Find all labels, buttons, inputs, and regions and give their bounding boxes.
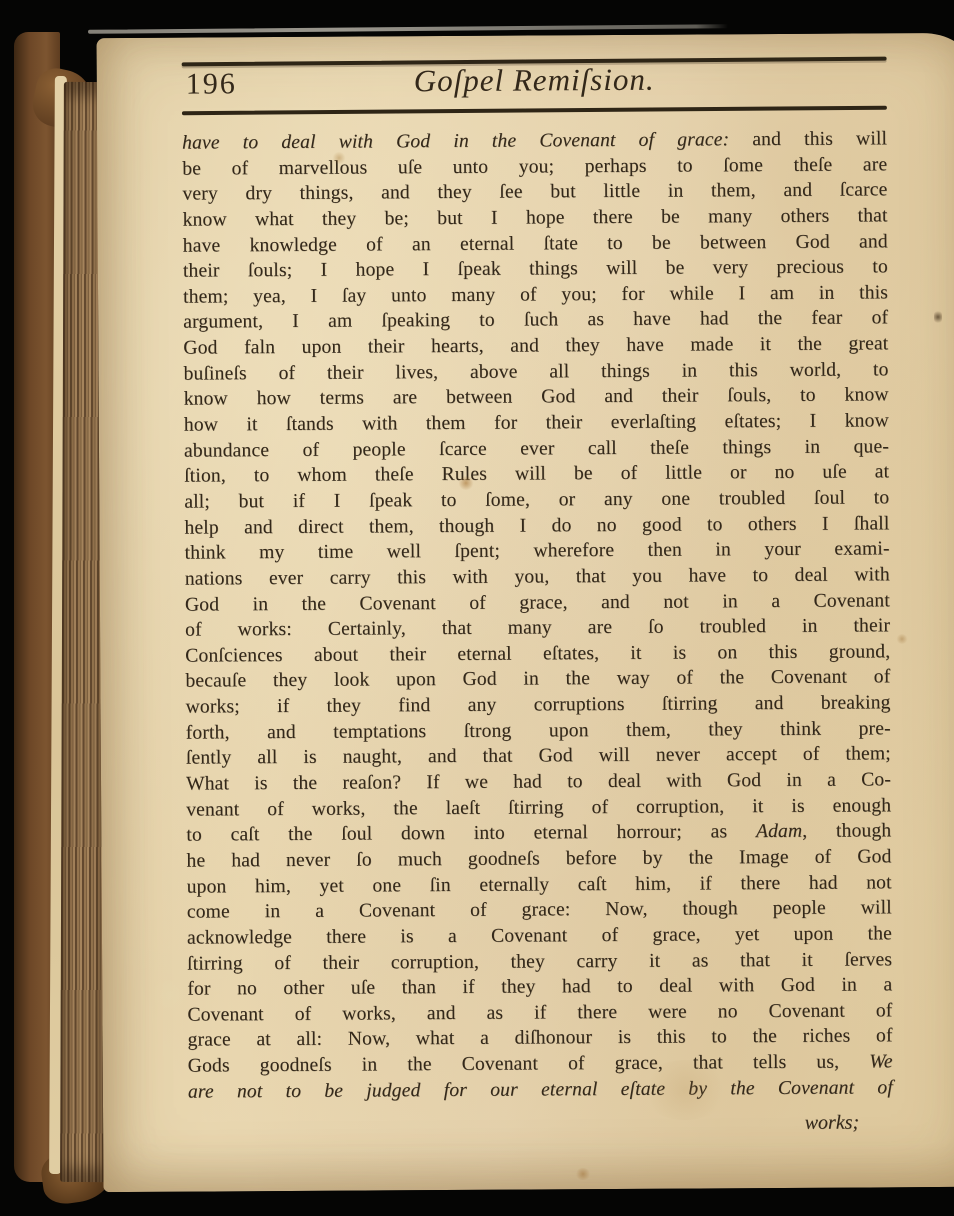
text-line: have to deal with God in the Covenant of… xyxy=(182,126,887,156)
text-run: are not to be judged for our eternal eſt… xyxy=(188,1077,893,1102)
catchword: works; xyxy=(188,1110,893,1140)
text-line: how it ſtands with them for their everla… xyxy=(184,408,889,438)
text-run: grace at all: Now, what a diſhonour is t… xyxy=(188,1026,893,1051)
text-run: God faln upon their hearts, and they hav… xyxy=(183,333,888,358)
text-run: becauſe they look upon God in the way of… xyxy=(185,667,890,692)
text-run: think my time well ſpent; wherefore then… xyxy=(185,539,890,564)
text-run: be of marvellous uſe unto you; perhaps t… xyxy=(182,154,887,179)
text-run: have knowledge of an eternal ſtate to be… xyxy=(183,231,888,256)
text-run: Covenant of works, and as if there were … xyxy=(187,1000,892,1025)
text-run: buſineſs of their lives, above all thing… xyxy=(183,359,888,384)
text-run: all; but if I ſpeak to ſome, or any one … xyxy=(184,487,889,512)
text-line: know what they be; but I hope there be m… xyxy=(183,203,888,233)
text-run: know how terms are between God and their… xyxy=(184,385,889,410)
text-run: We xyxy=(869,1051,893,1072)
text-line: acknowledge there is a Covenant of grace… xyxy=(187,921,892,951)
book-scan-photo: 196 Goſpel Remiſsion. have to deal with … xyxy=(0,0,954,1216)
text-run: for no other uſe than if they had to dea… xyxy=(187,974,892,999)
text-run: Adam xyxy=(756,821,802,842)
text-line: God faln upon their hearts, and they hav… xyxy=(183,331,888,361)
text-run: come in a Covenant of grace: Now, though… xyxy=(187,898,892,923)
text-run: have to deal with God in the Covenant of… xyxy=(182,129,729,153)
text-run: ſtirring of their corruption, they carry… xyxy=(187,949,892,974)
text-run: help and direct them, though I do no goo… xyxy=(184,513,889,538)
text-run: venant of works, the laeſt ſtirring of c… xyxy=(186,795,891,820)
running-title: Goſpel Remiſsion. xyxy=(182,60,887,100)
text-line: are not to be judged for our eternal eſt… xyxy=(188,1075,893,1105)
text-line: all; but if I ſpeak to ſome, or any one … xyxy=(184,485,889,515)
text-run: know what they be; but I hope there be m… xyxy=(183,205,888,230)
text-run: their ſouls; I hope I ſpeak things will … xyxy=(183,257,888,282)
text-run: argument, I am ſpeaking to ſuch as have … xyxy=(183,308,888,333)
text-run: God in the Covenant of grace, and not in… xyxy=(185,590,890,615)
text-run: ſtion, to whom theſe Rules will be of li… xyxy=(184,462,889,487)
text-line: of works: Certainly, that many are ſo tr… xyxy=(185,613,890,643)
text-run: abundance of people ſcarce ever call the… xyxy=(184,436,889,461)
text-line: Gods goodneſs in the Covenant of grace, … xyxy=(188,1049,893,1079)
text-line: works; if they find any corruptions ſtir… xyxy=(185,690,890,720)
text-run: of works: Certainly, that many are ſo tr… xyxy=(185,615,890,640)
text-run: ſently all is naught, and that God will … xyxy=(186,744,891,769)
text-run: forth, and temptations ſtrong upon them,… xyxy=(186,718,891,743)
text-line: nations ever carry this with you, that y… xyxy=(185,562,890,592)
printed-area: 196 Goſpel Remiſsion. have to deal with … xyxy=(181,33,893,1187)
body-text: have to deal with God in the Covenant of… xyxy=(182,126,893,1140)
text-run: Gods goodneſs in the Covenant of grace, … xyxy=(188,1052,870,1077)
text-run: upon him, yet one ſin eternally caſt him… xyxy=(187,872,892,897)
cover-board-edge xyxy=(88,24,728,34)
text-line: for no other uſe than if they had to dea… xyxy=(187,972,892,1002)
book-page: 196 Goſpel Remiſsion. have to deal with … xyxy=(96,33,954,1192)
text-run: nations ever carry this with you, that y… xyxy=(185,564,890,589)
text-run: , though xyxy=(802,821,891,843)
text-run: them; yea, I ſay unto many of you; for w… xyxy=(183,282,888,307)
text-run: very dry things, and they ſee but little… xyxy=(182,180,887,205)
text-line: What is the reaſon? If we had to deal wi… xyxy=(186,767,891,797)
text-run: how it ſtands with them for their everla… xyxy=(184,410,889,435)
text-run: Conſciences about their eternal eſtates,… xyxy=(185,641,890,666)
text-run: What is the reaſon? If we had to deal wi… xyxy=(186,769,891,794)
text-run: he had never ſo much goodneſs before by … xyxy=(186,846,891,871)
text-line: he had never ſo much goodneſs before by … xyxy=(186,844,891,874)
text-run: works; if they find any corruptions ſtir… xyxy=(186,692,891,717)
text-run: to caſt the ſoul down into eternal horro… xyxy=(186,821,756,845)
text-run: acknowledge there is a Covenant of grace… xyxy=(187,923,892,948)
header-rule-bottom xyxy=(182,106,887,115)
text-run: and this will xyxy=(729,128,887,150)
